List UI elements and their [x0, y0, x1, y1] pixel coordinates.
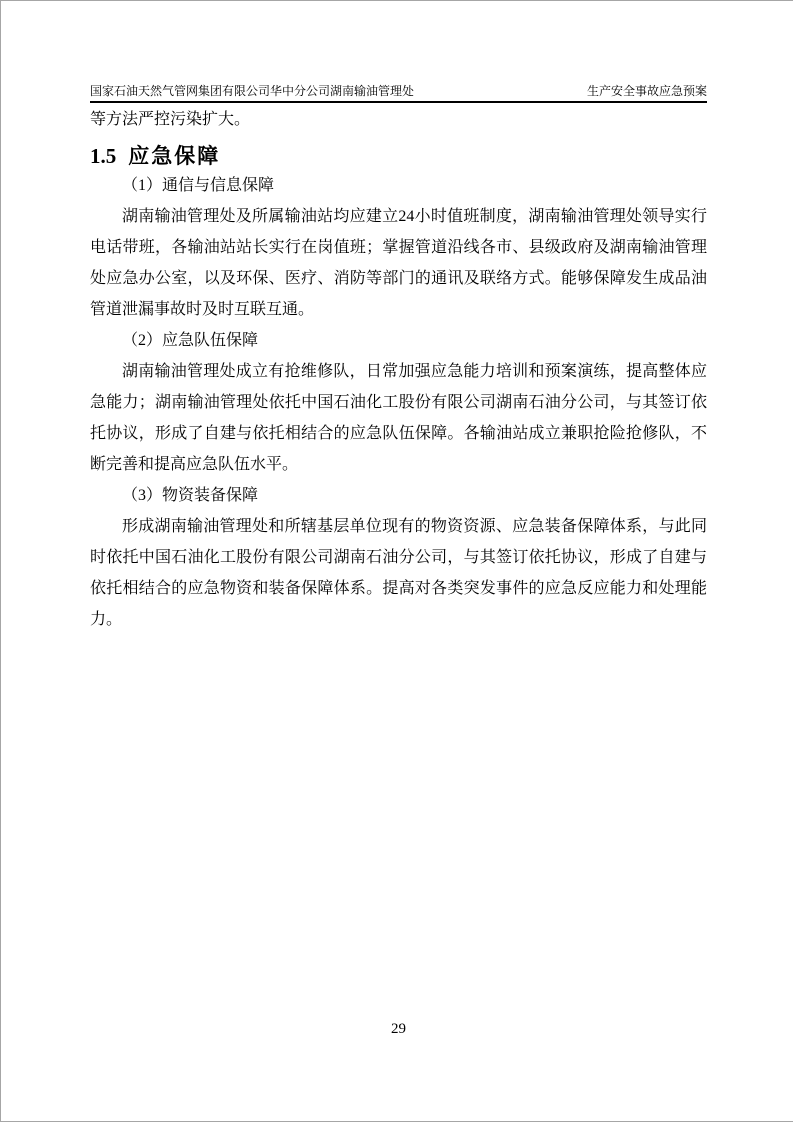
document-body: 等方法严控污染扩大。 1.5应急保障 （1）通信与信息保障 湖南输油管理处及所属…	[90, 104, 707, 635]
section-heading-title: 应急保障	[128, 145, 220, 168]
page-number: 29	[90, 1020, 707, 1038]
subheading-material-equipment: （3）物资装备保障	[90, 480, 707, 511]
section-heading: 1.5应急保障	[90, 143, 707, 170]
paragraph-emergency-team: 湖南输油管理处成立有抢维修队，日常加强应急能力培训和预案演练，提高整体应急能力；…	[90, 356, 707, 480]
header-left-text: 国家石油天然气管网集团有限公司华中分公司湖南输油管理处	[90, 84, 414, 99]
header-right-text: 生产安全事故应急预案	[587, 84, 707, 99]
paragraph-communication: 湖南输油管理处及所属输油站均应建立24小时值班制度，湖南输油管理处领导实行电话带…	[90, 201, 707, 325]
page-header: 国家石油天然气管网集团有限公司华中分公司湖南输油管理处 生产安全事故应急预案	[90, 84, 707, 103]
section-heading-number: 1.5	[90, 144, 116, 168]
paragraph-material-equipment: 形成湖南输油管理处和所辖基层单位现有的物资资源、应急装备保障体系，与此同时依托中…	[90, 511, 707, 635]
subheading-emergency-team: （2）应急队伍保障	[90, 325, 707, 356]
paragraph-continuation: 等方法严控污染扩大。	[90, 104, 707, 135]
subheading-communication: （1）通信与信息保障	[90, 170, 707, 201]
